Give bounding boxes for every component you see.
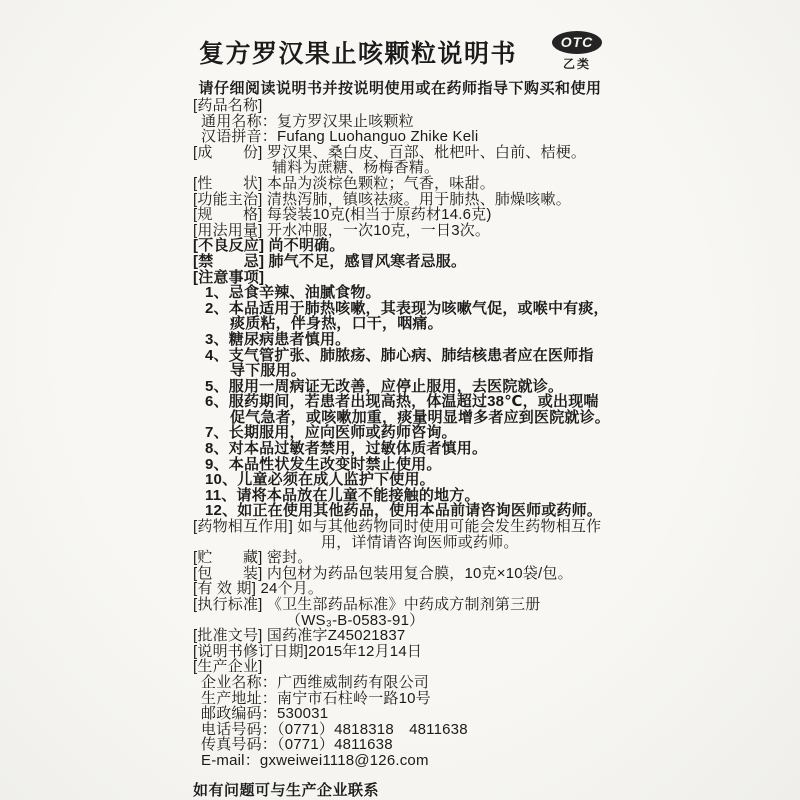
document-line: 2、本品适用于肺热咳嗽，其表现为咳嗽气促，或喉中有痰， bbox=[193, 301, 625, 317]
document-line: 12、如正在使用其他药品，使用本品前请咨询医师或药师。 bbox=[193, 503, 625, 519]
otc-class-label: 乙类 bbox=[550, 55, 604, 72]
document-line: 生产地址：南宁市石柱岭一路10号 bbox=[193, 691, 625, 707]
document-line: 1、忌食辛辣、油腻食物。 bbox=[193, 285, 625, 301]
otc-badge: OTC 乙类 bbox=[550, 31, 604, 72]
document-line: 导下服用。 bbox=[193, 363, 625, 379]
document-line: 通用名称：复方罗汉果止咳颗粒 bbox=[193, 114, 625, 130]
document-line: [药物相互作用] 如与其他药物同时使用可能会发生药物相互作 bbox=[193, 519, 625, 535]
otc-icon: OTC bbox=[552, 31, 602, 54]
document-line: [批准文号] 国药准字Z45021837 bbox=[193, 628, 625, 644]
document-line: [注意事项] bbox=[193, 270, 625, 286]
document-line: [说明书修订日期]2015年12月14日 bbox=[193, 644, 625, 660]
insert-body: [药品名称]通用名称：复方罗汉果止咳颗粒汉语拼音：Fufang Luohangu… bbox=[193, 98, 625, 769]
document-line: [功能主治] 清热泻肺，镇咳祛痰。用于肺热、肺燥咳嗽。 bbox=[193, 192, 625, 208]
document-line: E-mail：gxweiwei1118@126.com bbox=[193, 753, 625, 769]
document-line: （WS₃-B-0583-91） bbox=[193, 613, 625, 629]
document-line: [药品名称] bbox=[193, 98, 625, 114]
document-line: 6、服药期间，若患者出现高热，体温超过38℃，或出现喘 bbox=[193, 394, 625, 410]
document-line: [不良反应] 尚不明确。 bbox=[193, 238, 625, 254]
usage-advisory: 请仔细阅读说明书并按说明使用或在药师指导下购买和使用 bbox=[0, 77, 800, 98]
document-line: 9、本品性状发生改变时禁止使用。 bbox=[193, 457, 625, 473]
document-line: 邮政编码：530031 bbox=[193, 706, 625, 722]
document-line: [执行标准] 《卫生部药品标准》中药成方制剂第三册 bbox=[193, 597, 625, 613]
document-line: [性 状] 本品为淡棕色颗粒；气香，味甜。 bbox=[193, 176, 625, 192]
document-line: 汉语拼音：Fufang Luohanguo Zhike Keli bbox=[193, 129, 625, 145]
document-line: 痰质粘，伴身热，口干，咽痛。 bbox=[193, 316, 625, 332]
page-title: 复方罗汉果止咳颗粒说明书 bbox=[199, 34, 517, 70]
document-line: [规 格] 每袋装10克(相当于原药材14.6克) bbox=[193, 207, 625, 223]
document-line: [包 装] 内包材为药品包装用复合膜，10克×10袋/包。 bbox=[193, 566, 625, 582]
document-line: 企业名称：广西维威制药有限公司 bbox=[193, 675, 625, 691]
document-line: 用，详情请咨询医师或药师。 bbox=[193, 535, 625, 551]
document-line: 4、支气管扩张、肺脓疡、肺心病、肺结核患者应在医师指 bbox=[193, 348, 625, 364]
document-line: 7、长期服用，应向医师或药师咨询。 bbox=[193, 425, 625, 441]
document-line: [有 效 期] 24个月。 bbox=[193, 581, 625, 597]
package-insert-page: 复方罗汉果止咳颗粒说明书 OTC 乙类 请仔细阅读说明书并按说明使用或在药师指导… bbox=[0, 0, 800, 800]
document-line: [贮 藏] 密封。 bbox=[193, 550, 625, 566]
contact-note: 如有问题可与生产企业联系 bbox=[193, 779, 379, 800]
document-line: 8、对本品过敏者禁用，过敏体质者慎用。 bbox=[193, 441, 625, 457]
document-line: 3、糖尿病患者慎用。 bbox=[193, 332, 625, 348]
document-line: 电话号码：（0771）4818318 4811638 bbox=[193, 722, 625, 738]
document-line: 5、服用一周病证无改善，应停止服用，去医院就诊。 bbox=[193, 379, 625, 395]
document-line: [生产企业] bbox=[193, 659, 625, 675]
document-line: 传真号码：（0771）4811638 bbox=[193, 737, 625, 753]
document-line: 10、儿童必须在成人监护下使用。 bbox=[193, 472, 625, 488]
document-line: [禁 忌] 肺气不足，感冒风寒者忌服。 bbox=[193, 254, 625, 270]
document-line: [用法用量] 开水冲服，一次10克，一日3次。 bbox=[193, 223, 625, 239]
document-line: 辅料为蔗糖、杨梅香精。 bbox=[193, 160, 625, 176]
